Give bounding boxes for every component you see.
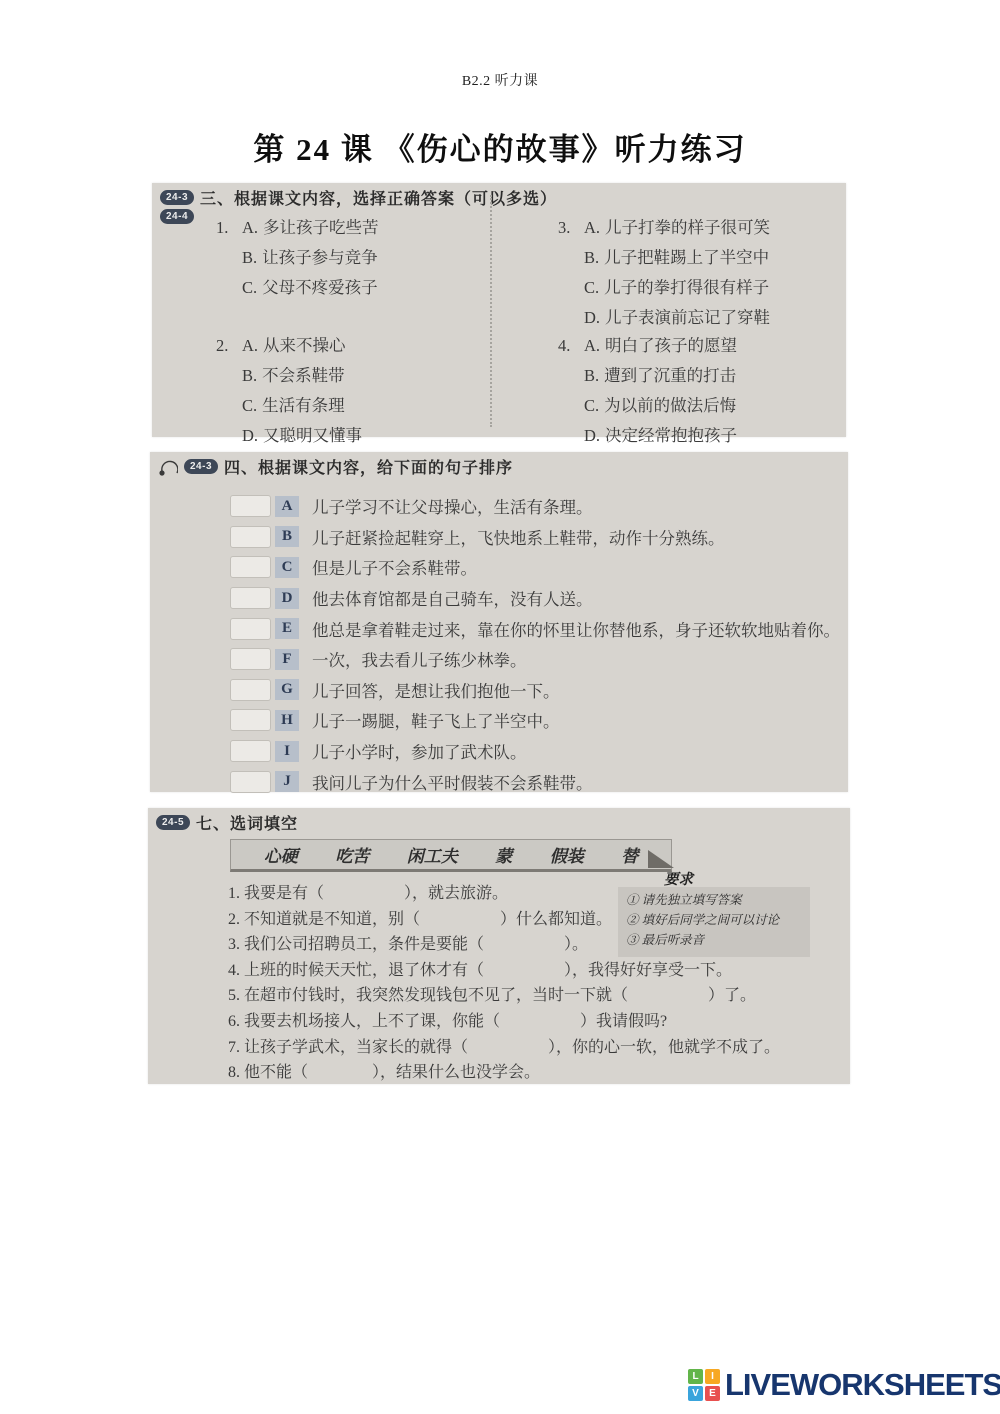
option-letter: D. [584,426,600,445]
answer-option[interactable]: C.生活有条理 [216,391,362,421]
section-heading: 七、选词填空 [196,815,298,835]
section-heading: 三、根据课文内容，选择正确答案（可以多选） [200,190,557,210]
headphone-icon [158,453,178,481]
answer-option[interactable]: D.儿子表演前忘记了穿鞋 [558,303,770,333]
logo-letter-square: E [705,1386,720,1401]
sentence-text: 儿子赶紧捡起鞋穿上，飞快地系上鞋带，动作十分熟练。 [312,525,725,549]
answer-input-box[interactable] [230,526,271,548]
option-letter: A. [242,218,258,237]
option-text: 儿子打拳的样子很可笑 [605,218,770,237]
answer-option[interactable]: 3.A.儿子打拳的样子很可笑 [558,213,770,243]
answer-option[interactable]: B.让孩子参与竞争 [216,243,379,273]
sentence-letter-badge: B [275,526,299,547]
answer-option[interactable]: B.遭到了沉重的打击 [558,361,737,391]
option-letter: A. [584,336,600,355]
fill-sentence: 6. 我要去机场接人，上不了课，你能（ ）我请假吗? [228,1009,780,1035]
answer-input-box[interactable] [230,679,271,701]
ordering-row: J我问儿子为什么平时假装不会系鞋带。 [230,766,840,797]
audio-badges: 24-3 24-4 [160,190,194,224]
fill-sentence: 4. 上班的时候天天忙，退了休才有（ ），我得好好享受一下。 [228,958,780,984]
fill-sentence: 8. 他不能（ ），结果什么也没学会。 [228,1060,780,1086]
sentence-text: 儿子学习不让父母操心，生活有条理。 [312,494,593,518]
question-number: 2. [216,331,242,361]
option-letter: A. [242,336,258,355]
liveworksheets-logo: LIVE LIVEWORKSHEETS [688,1367,1000,1403]
liveworksheets-logo-text: LIVEWORKSHEETS [725,1367,1000,1403]
logo-letter-square: I [705,1369,720,1384]
option-text: 不会系鞋带 [262,366,345,385]
sentence-letter-badge: D [275,588,299,609]
answer-option[interactable]: C.为以前的做法后悔 [558,391,737,421]
answer-input-box[interactable] [230,618,271,640]
ordering-row: C但是儿子不会系鞋带。 [230,552,840,583]
answer-option[interactable]: D.又聪明又懂事 [216,421,362,451]
word-bank-arrow [648,850,674,868]
ordering-row: E他总是拿着鞋走过来，靠在你的怀里让你替他系，身子还软软地贴着你。 [230,613,840,644]
option-letter: D. [584,308,600,327]
sentence-letter-badge: I [275,741,299,762]
word-bank-item: 闲工夫 [407,842,458,867]
word-bank-item: 吃苦 [335,842,369,867]
word-bank-item: 替 [621,842,638,867]
answer-option[interactable]: C.儿子的拳打得很有样子 [558,273,770,303]
option-letter: A. [584,218,600,237]
question-block: 1.A.多让孩子吃些苦B.让孩子参与竞争C.父母不疼爱孩子 [216,213,379,303]
answer-option[interactable]: 4.A.明白了孩子的愿望 [558,331,737,361]
sentence-letter-badge: J [275,771,299,792]
answer-input-box[interactable] [230,587,271,609]
page-title: 第 24 课 《伤心的故事》听力练习 [0,124,1000,169]
question-number: 1. [216,213,242,243]
answer-input-box[interactable] [230,771,271,793]
question-number: 3. [558,213,584,243]
section-multiple-choice: 24-3 24-4 三、根据课文内容，选择正确答案（可以多选） 1.A.多让孩子… [152,183,846,437]
option-letter: D. [242,426,258,445]
option-text: 又聪明又懂事 [263,426,362,445]
option-letter: B. [584,248,599,267]
answer-input-box[interactable] [230,648,271,670]
fill-sentence: 7. 让孩子学武术，当家长的就得（ ），你的心一软，他就学不成了。 [228,1035,780,1061]
option-text: 儿子表演前忘记了穿鞋 [605,308,770,327]
answer-option[interactable]: D.决定经常抱抱孩子 [558,421,737,451]
ordering-row: F一次，我去看儿子练少林拳。 [230,644,840,675]
ordering-row: B儿子赶紧捡起鞋穿上，飞快地系上鞋带，动作十分熟练。 [230,522,840,553]
answer-input-box[interactable] [230,740,271,762]
option-text: 决定经常抱抱孩子 [605,426,737,445]
audio-track-badge: 24-4 [160,209,194,224]
audio-track-badge: 24-3 [160,190,194,205]
word-bank: 心硬吃苦闲工夫蒙假装替 [230,839,672,872]
question-block: 3.A.儿子打拳的样子很可笑B.儿子把鞋踢上了半空中C.儿子的拳打得很有样子D.… [558,213,770,333]
ordering-row: A儿子学习不让父母操心，生活有条理。 [230,491,840,522]
option-letter: B. [584,366,599,385]
logo-letter-square: V [688,1386,703,1401]
sentence-letter-badge: C [275,557,299,578]
fill-sentence: 5. 在超市付钱时，我突然发现钱包不见了，当时一下就（ ）了。 [228,983,780,1009]
fill-sentences: 1. 我要是有（ ），就去旅游。2. 不知道就是不知道，别（ ）什么都知道。3.… [228,881,780,1086]
fill-sentence: 2. 不知道就是不知道，别（ ）什么都知道。 [228,907,780,933]
sentence-text: 一次，我去看儿子练少林拳。 [312,647,527,671]
question-block: 4.A.明白了孩子的愿望B.遭到了沉重的打击C.为以前的做法后悔D.决定经常抱抱… [558,331,737,451]
option-text: 生活有条理 [262,396,345,415]
sentence-text: 但是儿子不会系鞋带。 [312,555,477,579]
answer-option[interactable]: 1.A.多让孩子吃些苦 [216,213,379,243]
option-text: 明白了孩子的愿望 [605,336,737,355]
section-ordering-header: 24-3 四、根据课文内容，给下面的句子排序 [158,459,513,481]
option-text: 从来不操心 [263,336,346,355]
option-letter: C. [242,396,257,415]
option-letter: B. [242,248,257,267]
word-bank-item: 心硬 [264,842,298,867]
answer-option[interactable]: C.父母不疼爱孩子 [216,273,379,303]
question-number: 4. [558,331,584,361]
option-letter: C. [584,396,599,415]
fill-sentence: 3. 我们公司招聘员工，条件是要能（ ）。 [228,932,780,958]
liveworksheets-logo-icon: LIVE [688,1369,720,1401]
option-letter: C. [584,278,599,297]
audio-track-badge: 24-5 [156,815,190,830]
word-bank-item: 假装 [550,842,584,867]
sentence-letter-badge: F [275,649,299,670]
option-text: 让孩子参与竞争 [262,248,378,267]
sentence-text: 儿子一踢腿，鞋子飞上了半空中。 [312,708,560,732]
sentence-text: 儿子小学时，参加了武术队。 [312,739,527,763]
answer-input-box[interactable] [230,495,271,517]
question-block: 2.A.从来不操心B.不会系鞋带C.生活有条理D.又聪明又懂事 [216,331,362,451]
section-heading: 四、根据课文内容，给下面的句子排序 [224,459,513,479]
sentence-text: 儿子回答，是想让我们抱他一下。 [312,678,560,702]
ordering-row: I儿子小学时，参加了武术队。 [230,736,840,767]
option-letter: B. [242,366,257,385]
ordering-row: H儿子一踢腿，鞋子飞上了半空中。 [230,705,840,736]
option-text: 多让孩子吃些苦 [263,218,379,237]
answer-option[interactable]: 2.A.从来不操心 [216,331,362,361]
section-sentence-ordering: 24-3 四、根据课文内容，给下面的句子排序 A儿子学习不让父母操心，生活有条理… [150,452,848,792]
answer-option[interactable]: B.不会系鞋带 [216,361,362,391]
fill-sentence: 1. 我要是有（ ），就去旅游。 [228,881,780,907]
doc-header: B2.2 听力课 [0,70,1000,90]
section-fill-header: 24-5 七、选词填空 [156,815,298,835]
option-text: 遭到了沉重的打击 [604,366,736,385]
sentence-text: 他去体育馆都是自己骑车，没有人送。 [312,586,593,610]
logo-letter-square: L [688,1369,703,1384]
sentence-text: 他总是拿着鞋走过来，靠在你的怀里让你替他系，身子还软软地贴着你。 [312,617,840,641]
option-text: 儿子把鞋踢上了半空中 [604,248,769,267]
sentence-text: 我问儿子为什么平时假装不会系鞋带。 [312,770,593,794]
ordering-row: D他去体育馆都是自己骑车，没有人送。 [230,583,840,614]
sentence-letter-badge: A [275,496,299,517]
option-letter: C. [242,278,257,297]
column-divider [490,195,492,427]
section-fill-blanks: 24-5 七、选词填空 心硬吃苦闲工夫蒙假装替 要求 ① 请先独立填写答案② 填… [148,808,850,1084]
sentence-letter-badge: E [275,618,299,639]
option-text: 为以前的做法后悔 [604,396,736,415]
answer-input-box[interactable] [230,556,271,578]
ordering-rows: A儿子学习不让父母操心，生活有条理。B儿子赶紧捡起鞋穿上，飞快地系上鞋带，动作十… [230,491,840,797]
ordering-row: G儿子回答，是想让我们抱他一下。 [230,675,840,706]
option-text: 父母不疼爱孩子 [262,278,378,297]
sentence-letter-badge: H [275,710,299,731]
answer-option[interactable]: B.儿子把鞋踢上了半空中 [558,243,770,273]
audio-track-badge: 24-3 [184,459,218,474]
sentence-letter-badge: G [275,679,299,700]
word-bank-item: 蒙 [495,842,512,867]
answer-input-box[interactable] [230,709,271,731]
option-text: 儿子的拳打得很有样子 [604,278,769,297]
